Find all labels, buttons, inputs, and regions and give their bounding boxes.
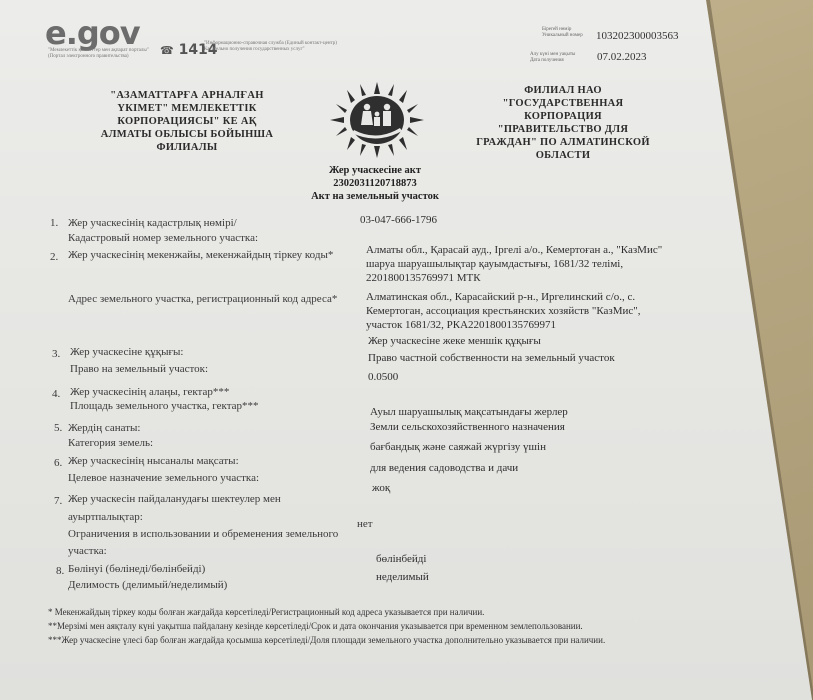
document-title: Жер учаскесіне акт 2302031120718873 Акт … (270, 164, 480, 203)
field-6-label-kz: Жер учаскесінің нысаналы мақсаты: (68, 454, 239, 468)
egov-logo: e.gov (45, 14, 140, 52)
field-6-num: 6. (54, 456, 62, 470)
footnote-3: ***Жер учаскесіне үлесі бар болған жағда… (48, 634, 605, 646)
field-5-label-ru: Категория земель: (68, 436, 153, 450)
field-6-label-ru: Целевое назначение земельного участка: (68, 471, 259, 485)
field-7-num: 7. (54, 494, 62, 508)
field-4-num: 4. (52, 387, 60, 401)
address-ru-line-2: Кемертоган, ассоциация крестьянских хозя… (366, 304, 641, 318)
org-name-ru-line-5: ГРАЖДАН" ПО АЛМАТИНСКОЙ (458, 136, 668, 149)
address-ru-line-3: участок 1681/32, РКА2201800135769971 (366, 318, 641, 332)
field-7-label-ru-1: Ограничения в использовании и обременени… (68, 527, 338, 541)
field-5-num: 5. (54, 421, 62, 435)
org-name-kz-line-3: КОРПОРАЦИЯСЫ" КЕ АҚ (82, 115, 292, 128)
divisibility-kz: бөлінбейді (376, 552, 426, 566)
org-name-ru: ФИЛИАЛ НАО"ГОСУДАРСТВЕННАЯКОРПОРАЦИЯ"ПРА… (458, 84, 668, 162)
field-1-label-kz: Жер учаскесінің кадастрлық нөмірі/ (68, 216, 237, 230)
org-name-kz-line-2: ҮКІМЕТ" МЕМЛЕКЕТТІК (82, 102, 292, 115)
receipt-date-label-ru: Дата получения (530, 58, 600, 64)
field-7-label-kz-2: ауыртпалықтар: (68, 510, 143, 524)
field-2-label-kz: Жер учаскесінің мекенжайы, мекенжайдың т… (68, 248, 333, 262)
address-kz: Алматы обл., Қарасай ауд., Іргелі а/о., … (366, 243, 662, 285)
address-ru: Алматинская обл., Карасайский р-н., Ирге… (366, 290, 641, 332)
field-3-label-kz: Жер учаскесіне құқығы: (70, 345, 183, 359)
cadastral-number: 03-047-666-1796 (360, 213, 437, 227)
address-kz-line-1: Алматы обл., Қарасай ауд., Іргелі а/о., … (366, 243, 662, 257)
receipt-date-label: Алу күні мен уақыты Дата получения (530, 52, 600, 64)
purpose-kz: бағбандық және саяжай жүргізу үшін (370, 440, 546, 454)
address-ru-line-1: Алматинская обл., Карасайский р-н., Ирге… (366, 290, 641, 304)
phone-icon: ☎ (160, 44, 174, 57)
right-type-ru: Право частной собственности на земельный… (368, 351, 615, 365)
field-3-num: 3. (52, 347, 60, 361)
land-category-kz: Ауыл шаруашылық мақсатындағы жерлер (370, 405, 568, 419)
field-2-label-ru: Адрес земельного участка, регистрационны… (68, 292, 337, 306)
restrictions-ru: нет (357, 517, 373, 531)
org-name-ru-line-2: "ГОСУДАРСТВЕННАЯ (458, 97, 668, 110)
footnote-1: * Мекенжайдың тіркеу коды болған жағдайд… (48, 606, 484, 618)
unique-number: 103202300003563 (596, 30, 679, 42)
org-name-ru-line-4: "ПРАВИТЕЛЬСТВО ДЛЯ (458, 123, 668, 136)
org-name-ru-line-6: ОБЛАСТИ (458, 149, 668, 162)
org-name-kz-line-1: "АЗАМАТТАРҒА АРНАЛҒАН (82, 89, 292, 102)
area-hectares: 0.0500 (368, 370, 398, 384)
sun-family-hand-emblem-icon (322, 80, 432, 165)
field-4-label-kz: Жер учаскесінің алаңы, гектар*** (70, 385, 229, 399)
field-5-label-kz: Жердің санаты: (68, 421, 140, 435)
address-kz-line-3: 2201800135769971 МТК (366, 271, 662, 285)
title-kz: Жер учаскесіне акт (270, 164, 480, 177)
document-page: e.gov "Мемлекеттік қызметтер мен ақпарат… (0, 0, 813, 700)
receipt-date: 07.02.2023 (597, 51, 647, 63)
restrictions-kz: жоқ (372, 481, 390, 495)
purpose-ru: для ведения садоводства и дачи (370, 461, 518, 475)
field-4-label-ru: Площадь земельного участка, гектар*** (70, 399, 259, 413)
field-3-label-ru: Право на земельный участок: (70, 362, 208, 376)
land-category-ru: Земли сельскохозяйственного назначения (370, 420, 565, 434)
org-name-kz: "АЗАМАТТАРҒА АРНАЛҒАНҮКІМЕТ" МЕМЛЕКЕТТІК… (82, 89, 292, 154)
field-7-label-kz-1: Жер учаскесін пайдаланудағы шектеулер ме… (68, 492, 281, 506)
field-1-label-ru: Кадастровый номер земельного участка: (68, 231, 258, 245)
org-name-ru-line-1: ФИЛИАЛ НАО (458, 84, 668, 97)
org-name-kz-line-5: ФИЛИАЛЫ (82, 141, 292, 154)
phone-caption: "Информационно-справочная служба (Единый… (204, 41, 344, 53)
egov-tagline: "Мемлекеттік қызметтер мен ақпарат порта… (48, 48, 158, 60)
title-ru: Акт на земельный участок (270, 190, 480, 203)
act-number: 2302031120718873 (270, 177, 480, 190)
field-8-label-ru: Делимость (делимый/неделимый) (68, 578, 227, 592)
org-name-kz-line-4: АЛМАТЫ ОБЛЫСЫ БОЙЫНША (82, 128, 292, 141)
right-type-kz: Жер учаскесіне жеке меншік құқығы (368, 334, 541, 348)
address-kz-line-2: шаруа шаруашылықтар қауымдастығы, 1681/3… (366, 257, 662, 271)
field-7-label-ru-2: участка: (68, 544, 107, 558)
divisibility-ru: неделимый (376, 570, 429, 584)
field-1-num: 1. (50, 216, 58, 230)
field-2-num: 2. (50, 250, 58, 264)
footnote-2: **Мерзімі мен аяқталу күні уақытша пайда… (48, 620, 583, 632)
org-name-ru-line-3: КОРПОРАЦИЯ (458, 110, 668, 123)
field-8-label-kz: Бөлінуі (бөлінеді/бөлінбейді) (68, 562, 205, 576)
field-8-num: 8. (56, 564, 64, 578)
